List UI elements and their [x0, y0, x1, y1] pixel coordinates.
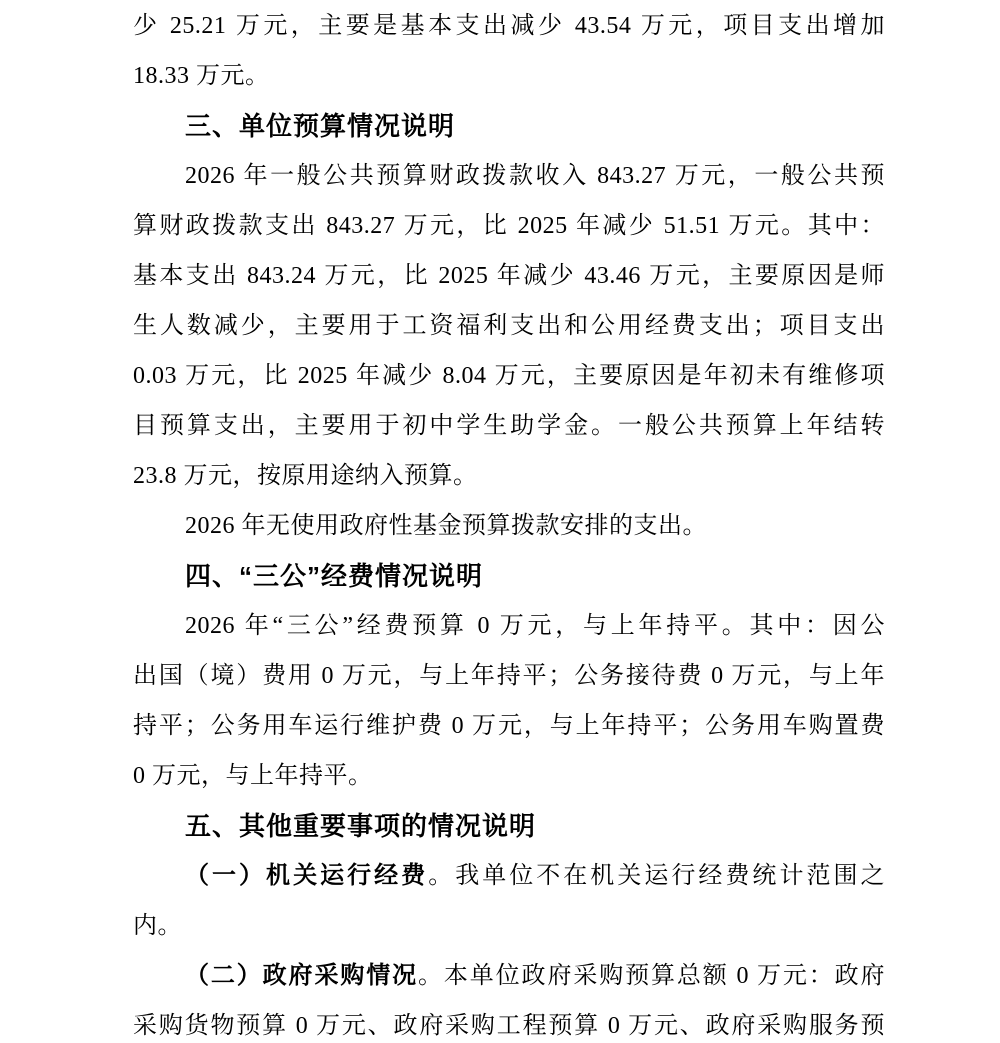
- text-segment: 目预算支出，主要用于初中学生助学金。一般公共预算上年结转: [133, 413, 885, 439]
- text-segment: 基本支出 843.24 万元，比 2025 年减少 43.46 万元，主要原因是…: [133, 263, 885, 289]
- para-prev-line-1: 少 25.21 万元，主要是基本支出减少 43.54 万元，项目支出增加: [133, 1, 885, 51]
- para-unit-budget-line-1: 2026 年一般公共预算财政拨款收入 843.27 万元，一般公共预: [133, 151, 885, 201]
- text-segment: 持平；公务用车运行维护费 0 万元，与上年持平；公务用车购置费: [133, 713, 885, 739]
- para-unit-budget-line-2: 算财政拨款支出 843.27 万元，比 2025 年减少 51.51 万元。其中…: [133, 201, 885, 251]
- para-operating-cost-line-1: （一）机关运行经费。我单位不在机关运行经费统计范围之: [133, 851, 885, 901]
- para-procurement-line-2: 采购货物预算 0 万元、政府采购工程预算 0 万元、政府采购服务预: [133, 1001, 885, 1043]
- bold-lead-text: （一）机关运行经费: [185, 863, 428, 889]
- text-segment: 算财政拨款支出 843.27 万元，比 2025 年减少 51.51 万元。其中…: [133, 213, 885, 239]
- para-sangong-line-1: 2026 年“三公”经费预算 0 万元，与上年持平。其中：因公: [133, 601, 885, 651]
- text-segment: 18.33 万元。: [133, 63, 270, 89]
- text-segment: 23.8 万元，按原用途纳入预算。: [133, 463, 478, 489]
- text-segment: 2026 年无使用政府性基金预算拨款安排的支出。: [185, 513, 707, 539]
- text-segment: 少 25.21 万元，主要是基本支出减少 43.54 万元，项目支出增加: [133, 13, 885, 39]
- text-segment: 0 万元，与上年持平。: [133, 763, 373, 789]
- text-segment: 采购货物预算 0 万元、政府采购工程预算 0 万元、政府采购服务预: [133, 1013, 885, 1039]
- text-segment: 2026 年“三公”经费预算 0 万元，与上年持平。其中：因公: [185, 613, 885, 639]
- para-unit-budget-line-4: 生人数减少，主要用于工资福利支出和公用经费支出；项目支出: [133, 301, 885, 351]
- text-segment: 内。: [133, 913, 182, 939]
- text-segment: 生人数减少，主要用于工资福利支出和公用经费支出；项目支出: [133, 313, 885, 339]
- para-unit-budget-line-5: 0.03 万元，比 2025 年减少 8.04 万元，主要原因是年初未有维修项: [133, 351, 885, 401]
- para-unit-budget-line-7: 23.8 万元，按原用途纳入预算。: [133, 451, 885, 501]
- para-operating-cost-line-2: 内。: [133, 901, 885, 951]
- bold-lead-text: （二）政府采购情况: [185, 963, 418, 989]
- para-prev-line-2: 18.33 万元。: [133, 51, 885, 101]
- para-procurement-line-1: （二）政府采购情况。本单位政府采购预算总额 0 万元：政府: [133, 951, 885, 1001]
- text-segment: 0.03 万元，比 2025 年减少 8.04 万元，主要原因是年初未有维修项: [133, 363, 885, 389]
- para-sangong-line-3: 持平；公务用车运行维护费 0 万元，与上年持平；公务用车购置费: [133, 701, 885, 751]
- para-gov-fund: 2026 年无使用政府性基金预算拨款安排的支出。: [133, 501, 885, 551]
- text-segment: 。我单位不在机关运行经费统计范围之: [428, 863, 885, 889]
- text-segment: 出国（境）费用 0 万元，与上年持平；公务接待费 0 万元，与上年: [133, 663, 885, 689]
- text-segment: 四、“三公”经费情况说明: [185, 561, 483, 591]
- heading-section-5: 五、其他重要事项的情况说明: [133, 801, 885, 851]
- text-segment: 2026 年一般公共预算财政拨款收入 843.27 万元，一般公共预: [185, 163, 885, 189]
- para-unit-budget-line-6: 目预算支出，主要用于初中学生助学金。一般公共预算上年结转: [133, 401, 885, 451]
- para-sangong-line-4: 0 万元，与上年持平。: [133, 751, 885, 801]
- heading-section-3: 三、单位预算情况说明: [133, 101, 885, 151]
- text-segment: 。本单位政府采购预算总额 0 万元：政府: [418, 963, 885, 989]
- heading-section-4: 四、“三公”经费情况说明: [133, 551, 885, 601]
- document-page: 少 25.21 万元，主要是基本支出减少 43.54 万元，项目支出增加18.3…: [0, 0, 1000, 1043]
- para-sangong-line-2: 出国（境）费用 0 万元，与上年持平；公务接待费 0 万元，与上年: [133, 651, 885, 701]
- para-unit-budget-line-3: 基本支出 843.24 万元，比 2025 年减少 43.46 万元，主要原因是…: [133, 251, 885, 301]
- text-segment: 五、其他重要事项的情况说明: [185, 811, 536, 841]
- text-segment: 三、单位预算情况说明: [185, 111, 455, 141]
